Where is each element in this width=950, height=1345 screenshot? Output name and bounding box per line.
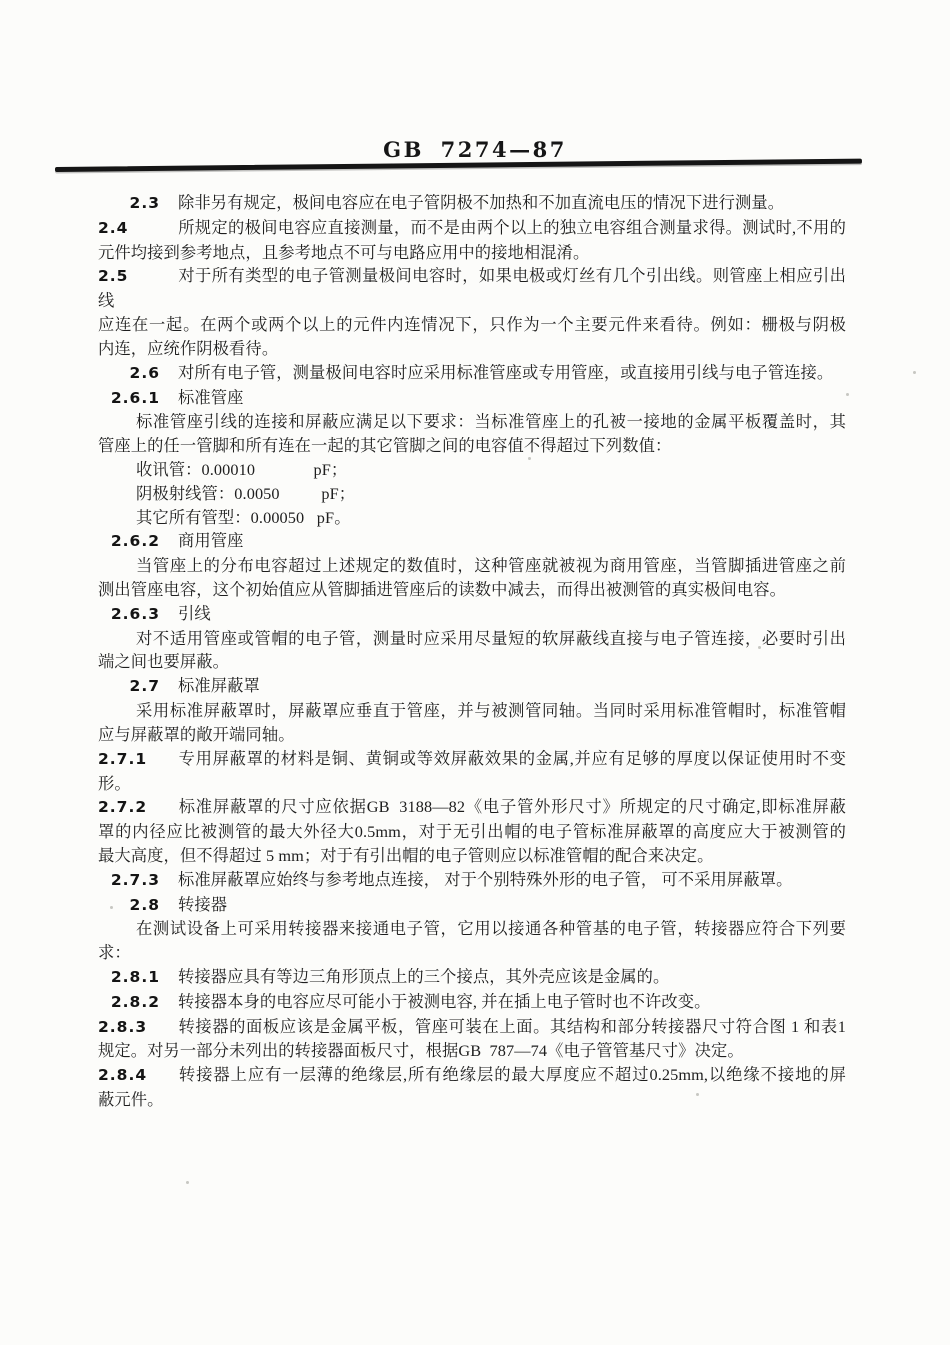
text-line: 当管座上的分布电容超过上述规定的数值时，这种管座就被视为商用管座，当管脚插进管座… <box>98 554 846 578</box>
clause-text: 管座上的任一管脚和所有连在一起的其它管脚之间的电容值不得超过下列数值： <box>98 436 671 455</box>
clause-text: 当管座上的分布电容超过上述规定的数值时，这种管座就被视为商用管座，当管脚插进管座… <box>136 556 846 575</box>
clause-line: 2.6.2商用管座 <box>98 529 846 554</box>
text-line: 规定。对另一部分未列出的转接器面板尺寸，根据GB 787—74《电子管管基尺寸》… <box>98 1039 846 1063</box>
text-line: 标准管座引线的连接和屏蔽应满足以下要求：当标准管座上的孔被一接地的金属平板覆盖时… <box>98 410 846 434</box>
clause-text: 标准管座引线的连接和屏蔽应满足以下要求：当标准管座上的孔被一接地的金属平板覆盖时… <box>136 412 846 431</box>
text-line: 形。 <box>98 772 846 796</box>
clause-line: 2.8.4转接器上应有一层薄的绝缘层,所有绝缘层的最大厚度应不超过0.25mm,… <box>98 1063 846 1088</box>
clause-text: 求： <box>98 943 131 962</box>
clause-text: 应连在一起。在两个或两个以上的元件内连情况下，只作为一个主要元件来看待。例如：栅… <box>98 315 846 334</box>
clause-text: 商用管座 <box>178 531 244 550</box>
text-line: 求： <box>98 941 846 965</box>
clause-number: 2.7.3 <box>98 869 160 893</box>
clause-text: 对所有电子管，测量极间电容时应采用标准管座或专用管座，或直接用引线与电子管连接。 <box>178 363 833 382</box>
clause-line: 2.3除非另有规定，极间电容应在电子管阴极不加热和不加直流电压的情况下进行测量。 <box>98 191 846 216</box>
clause-text: 应与屏蔽罩的敞开端同轴。 <box>98 725 295 744</box>
clause-text: 转接器 <box>178 895 227 914</box>
paper-speck <box>913 371 916 374</box>
text-line: 应与屏蔽罩的敞开端同轴。 <box>98 723 846 747</box>
paper-speck <box>384 631 387 634</box>
document-body: 2.3除非另有规定，极间电容应在电子管阴极不加热和不加直流电压的情况下进行测量。… <box>98 191 846 1112</box>
clause-number: 2.8.3 <box>98 1016 160 1040</box>
clause-text: 规定。对另一部分未列出的转接器面板尺寸，根据GB 787—74《电子管管基尺寸》… <box>98 1041 744 1060</box>
clause-text: 端之间也要屏蔽。 <box>98 652 229 671</box>
paper-speck <box>696 1093 699 1096</box>
clause-line: 2.7.1专用屏蔽罩的材料是铜、黄铜或等效屏蔽效果的金属,并应有足够的厚度以保证… <box>98 747 846 772</box>
clause-text: 转接器本身的电容应尽可能小于被测电容, 并在插上电子管时也不许改变。 <box>178 992 711 1011</box>
text-line: 收讯管：0.00010 pF； <box>98 458 846 482</box>
clause-number: 2.5 <box>98 265 160 289</box>
paper-speck <box>528 457 531 460</box>
clause-number: 2.8 <box>98 894 160 918</box>
paper-speck <box>758 646 761 649</box>
clause-line: 2.8.1转接器应具有等边三角形顶点上的三个接点，其外壳应该是金属的。 <box>98 965 846 990</box>
clause-text: 收讯管：0.00010 pF； <box>136 460 347 479</box>
clause-line: 2.4所规定的极间电容应直接测量，而不是由两个以上的独立电容组合测量求得。测试时… <box>98 216 846 241</box>
paper-speck <box>186 1181 189 1184</box>
clause-text: 元件均接到参考地点，且参考地点不可与电路应用中的接地相混淆。 <box>98 243 589 262</box>
clause-number: 2.6.3 <box>98 603 160 627</box>
clause-text: 专用屏蔽罩的材料是铜、黄铜或等效屏蔽效果的金属,并应有足够的厚度以保证使用时不变 <box>178 749 846 768</box>
text-line: 蔽元件。 <box>98 1088 846 1112</box>
clause-text: 标准管座 <box>178 388 244 407</box>
clause-text: 转接器的面板应该是金属平板，管座可装在上面。其结构和部分转接器尺寸符合图 1 和… <box>178 1017 846 1036</box>
text-line: 其它所有管型：0.00050 pF。 <box>98 506 846 530</box>
clause-number: 2.7.1 <box>98 748 160 772</box>
document-page: GB 7274—87 2.3除非另有规定，极间电容应在电子管阴极不加热和不加直流… <box>0 0 950 1345</box>
clause-text: 测出管座电容，这个初始值应从管脚插进管座后的读数中减去，而得出被测管的真实极间电… <box>98 580 786 599</box>
clause-line: 2.6.1标准管座 <box>98 386 846 411</box>
clause-text: 转接器应具有等边三角形顶点上的三个接点，其外壳应该是金属的。 <box>178 967 669 986</box>
clause-text: 阴极射线管：0.0050 pF； <box>136 484 355 503</box>
text-line: 应连在一起。在两个或两个以上的元件内连情况下，只作为一个主要元件来看待。例如：栅… <box>98 313 846 337</box>
paper-speck <box>846 393 849 396</box>
clause-line: 2.8.3转接器的面板应该是金属平板，管座可装在上面。其结构和部分转接器尺寸符合… <box>98 1015 846 1040</box>
clause-line: 2.6对所有电子管，测量极间电容时应采用标准管座或专用管座，或直接用引线与电子管… <box>98 361 846 386</box>
paper-speck <box>110 906 113 909</box>
clause-number: 2.8.2 <box>98 991 160 1015</box>
text-line: 测出管座电容，这个初始值应从管脚插进管座后的读数中减去，而得出被测管的真实极间电… <box>98 578 846 602</box>
text-line: 在测试设备上可采用转接器来接通电子管，它用以接通各种管基的电子管，转接器应符合下… <box>98 917 846 941</box>
clause-text: 转接器上应有一层薄的绝缘层,所有绝缘层的最大厚度应不超过0.25mm,以绝缘不接… <box>178 1065 846 1084</box>
clause-number: 2.7 <box>98 675 160 699</box>
text-line: 阴极射线管：0.0050 pF； <box>98 482 846 506</box>
clause-number: 2.6.1 <box>98 387 160 411</box>
clause-text: 所规定的极间电容应直接测量，而不是由两个以上的独立电容组合测量求得。测试时,不用… <box>178 218 846 237</box>
text-line: 管座上的任一管脚和所有连在一起的其它管脚之间的电容值不得超过下列数值： <box>98 434 846 458</box>
clause-number: 2.8.4 <box>98 1064 160 1088</box>
clause-number: 2.3 <box>98 192 160 216</box>
clause-number: 2.8.1 <box>98 966 160 990</box>
clause-line: 2.6.3引线 <box>98 602 846 627</box>
clause-text: 对不适用管座或管帽的电子管，测量时应采用尽量短的软屏蔽线直接与电子管连接，必要时… <box>136 629 846 648</box>
clause-line: 2.7标准屏蔽罩 <box>98 674 846 699</box>
clause-line: 2.5对于所有类型的电子管测量极间电容时，如果电极或灯丝有几个引出线。则管座上相… <box>98 264 846 313</box>
text-line: 元件均接到参考地点，且参考地点不可与电路应用中的接地相混淆。 <box>98 241 846 265</box>
paper-speck <box>240 762 243 765</box>
clause-number: 2.7.2 <box>98 796 160 820</box>
clause-line: 2.8转接器 <box>98 893 846 918</box>
clause-text: 最大高度，但不得超过 5 mm；对于有引出帽的电子管则应以标准管帽的配合来决定。 <box>98 846 713 865</box>
clause-number: 2.6 <box>98 362 160 386</box>
paper-speck <box>143 321 146 324</box>
clause-text: 对于所有类型的电子管测量极间电容时，如果电极或灯丝有几个引出线。则管座上相应引出… <box>98 266 846 310</box>
text-line: 最大高度，但不得超过 5 mm；对于有引出帽的电子管则应以标准管帽的配合来决定。 <box>98 844 846 868</box>
clause-text: 在测试设备上可采用转接器来接通电子管，它用以接通各种管基的电子管，转接器应符合下… <box>136 919 846 938</box>
clause-number: 2.6.2 <box>98 530 160 554</box>
clause-text: 标准屏蔽罩的尺寸应依据GB 3188—82《电子管外形尺寸》所规定的尺寸确定,即… <box>178 797 846 816</box>
clause-text: 标准屏蔽罩应始终与参考地点连接， 对于个别特殊外形的电子管， 可不采用屏蔽罩。 <box>178 870 792 889</box>
clause-number: 2.4 <box>98 217 160 241</box>
text-line: 罩的内径应比被测管的最大外径大0.5mm，对于无引出帽的电子管标准屏蔽罩的高度应… <box>98 820 846 844</box>
clause-text: 引线 <box>178 604 211 623</box>
clause-text: 形。 <box>98 774 131 793</box>
clause-text: 罩的内径应比被测管的最大外径大0.5mm，对于无引出帽的电子管标准屏蔽罩的高度应… <box>98 822 846 841</box>
text-line: 端之间也要屏蔽。 <box>98 650 846 674</box>
text-line: 对不适用管座或管帽的电子管，测量时应采用尽量短的软屏蔽线直接与电子管连接，必要时… <box>98 627 846 651</box>
text-line: 内连，应统作阴极看待。 <box>98 337 846 361</box>
clause-text: 其它所有管型：0.00050 pF。 <box>136 508 351 527</box>
clause-text: 采用标准屏蔽罩时，屏蔽罩应垂直于管座，并与被测管同轴。当同时采用标准管帽时，标准… <box>136 701 846 720</box>
clause-text: 内连，应统作阴极看待。 <box>98 339 278 358</box>
clause-line: 2.8.2转接器本身的电容应尽可能小于被测电容, 并在插上电子管时也不许改变。 <box>98 990 846 1015</box>
clause-text: 标准屏蔽罩 <box>178 676 260 695</box>
clause-text: 蔽元件。 <box>98 1090 164 1109</box>
clause-text: 除非另有规定，极间电容应在电子管阴极不加热和不加直流电压的情况下进行测量。 <box>178 193 784 212</box>
text-line: 采用标准屏蔽罩时，屏蔽罩应垂直于管座，并与被测管同轴。当同时采用标准管帽时，标准… <box>98 699 846 723</box>
clause-line: 2.7.3标准屏蔽罩应始终与参考地点连接， 对于个别特殊外形的电子管， 可不采用… <box>98 868 846 893</box>
clause-line: 2.7.2标准屏蔽罩的尺寸应依据GB 3188—82《电子管外形尺寸》所规定的尺… <box>98 795 846 820</box>
